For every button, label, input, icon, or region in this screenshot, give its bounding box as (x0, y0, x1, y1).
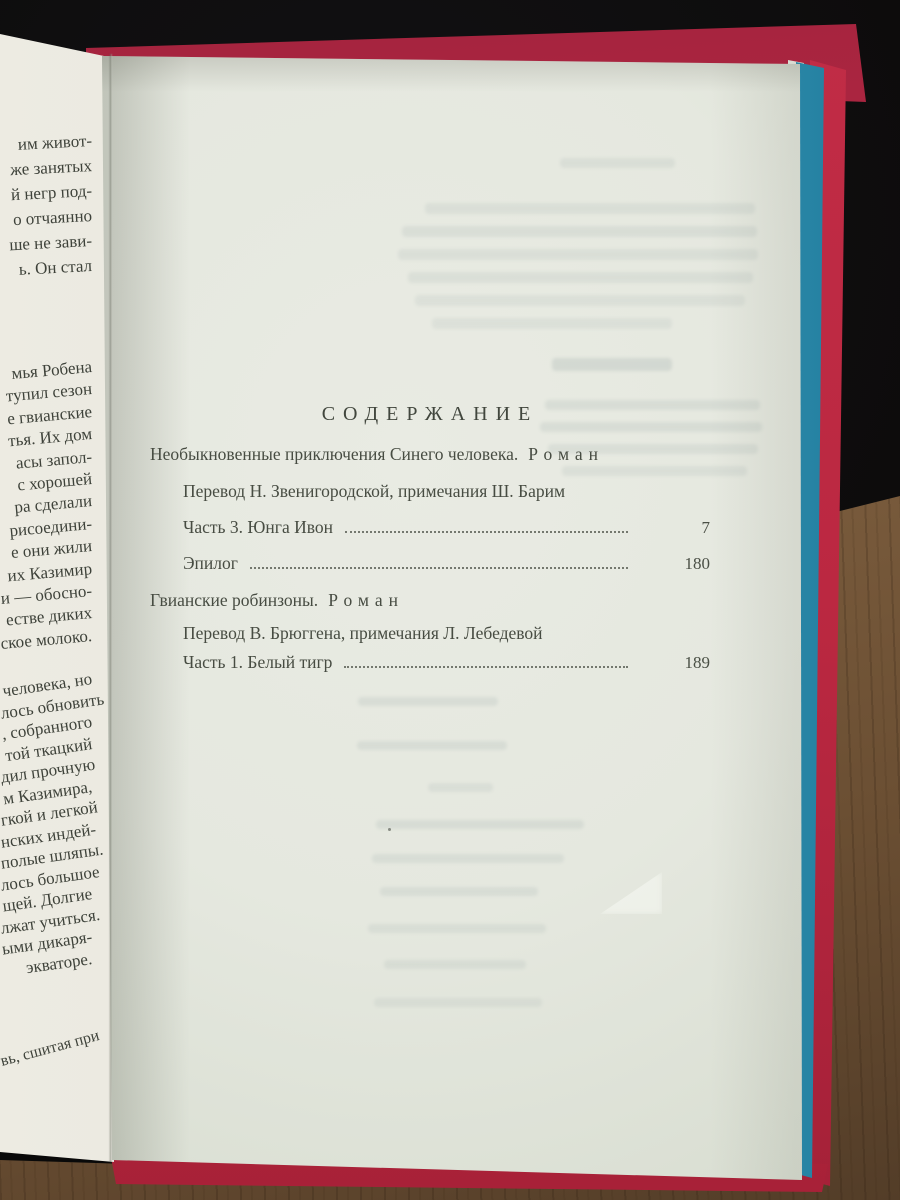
ghost-text-line (402, 226, 757, 237)
ghost-text-line (368, 924, 546, 933)
toc-entry-epilogue: Эпилог 180 (150, 553, 710, 574)
gutter-fold-line (109, 54, 112, 1162)
left-page-text-fragment: ь. Он стал (0, 253, 93, 283)
toc-entry-genre: Роман (328, 590, 404, 611)
toc-entry-translator-2: Перевод В. Брюггена, примечания Л. Лебед… (150, 623, 710, 644)
ghost-text-line (415, 295, 745, 306)
ghost-text-line (552, 358, 672, 371)
ghost-text-line (425, 203, 755, 214)
toc-entry-text: Эпилог (183, 553, 238, 574)
toc-entry-text: Перевод Н. Звенигородской, примечания Ш.… (183, 481, 565, 502)
left-page-text-column: мья Робенатупил сезоне гвианскиетья. Их … (0, 356, 92, 647)
page-number: 180 (658, 554, 710, 574)
toc-entry-text: Перевод В. Брюггена, примечания Л. Лебед… (183, 623, 543, 644)
toc-title: СОДЕРЖАНИЕ (150, 403, 710, 426)
dust-speck (388, 828, 391, 831)
ghost-text-line (372, 854, 564, 863)
ghost-text-line (432, 318, 672, 329)
ghost-text-line (380, 887, 538, 896)
book-photo-scene: им живот-же занятыхй негр под-о отчаянно… (0, 0, 900, 1200)
page-number: 7 (658, 518, 710, 538)
ghost-text-line (376, 820, 584, 829)
dot-leader (345, 531, 628, 533)
left-page-bottom-fragment: бувь, сшитая при (0, 1027, 101, 1075)
ghost-text-line (357, 741, 507, 750)
left-page-text-column: им живот-же занятыхй негр под-о отчаянно… (0, 128, 92, 278)
ghost-text-line (358, 697, 498, 706)
dot-leader (250, 567, 628, 569)
toc-entry-text: Гвианские робинзоны. (150, 590, 318, 611)
left-page-text-column: человека, нолось обновить, собранноготой… (0, 668, 92, 969)
toc-entry-translator-1: Перевод Н. Звенигородской, примечания Ш.… (150, 481, 710, 502)
ghost-text-line (562, 466, 747, 476)
ghost-text-line (398, 249, 758, 260)
right-page: СОДЕРЖАНИЕ Необыкновенные приключения Си… (0, 0, 900, 1200)
page-number: 189 (658, 653, 710, 673)
toc-entry-novel-2: Гвианские робинзоны. Роман (150, 590, 710, 611)
ghost-text-line (384, 960, 526, 969)
ghost-text-line (428, 783, 493, 792)
toc-entry-text: Необыкновенные приключения Синего челове… (150, 444, 518, 465)
ghost-text-line (560, 158, 675, 168)
ghost-text-line (374, 998, 542, 1007)
toc-entry-part-1: Часть 1. Белый тигр 189 (150, 652, 710, 673)
toc-entry-genre: Роман (528, 444, 604, 465)
toc-entry-text: Часть 1. Белый тигр (183, 652, 332, 673)
toc-entry-novel-1: Необыкновенные приключения Синего челове… (150, 444, 710, 465)
toc-entry-part-3: Часть 3. Юнга Ивон 7 (150, 517, 710, 538)
toc-entry-text: Часть 3. Юнга Ивон (183, 517, 333, 538)
ghost-text-line (408, 272, 753, 283)
dot-leader (344, 666, 628, 668)
